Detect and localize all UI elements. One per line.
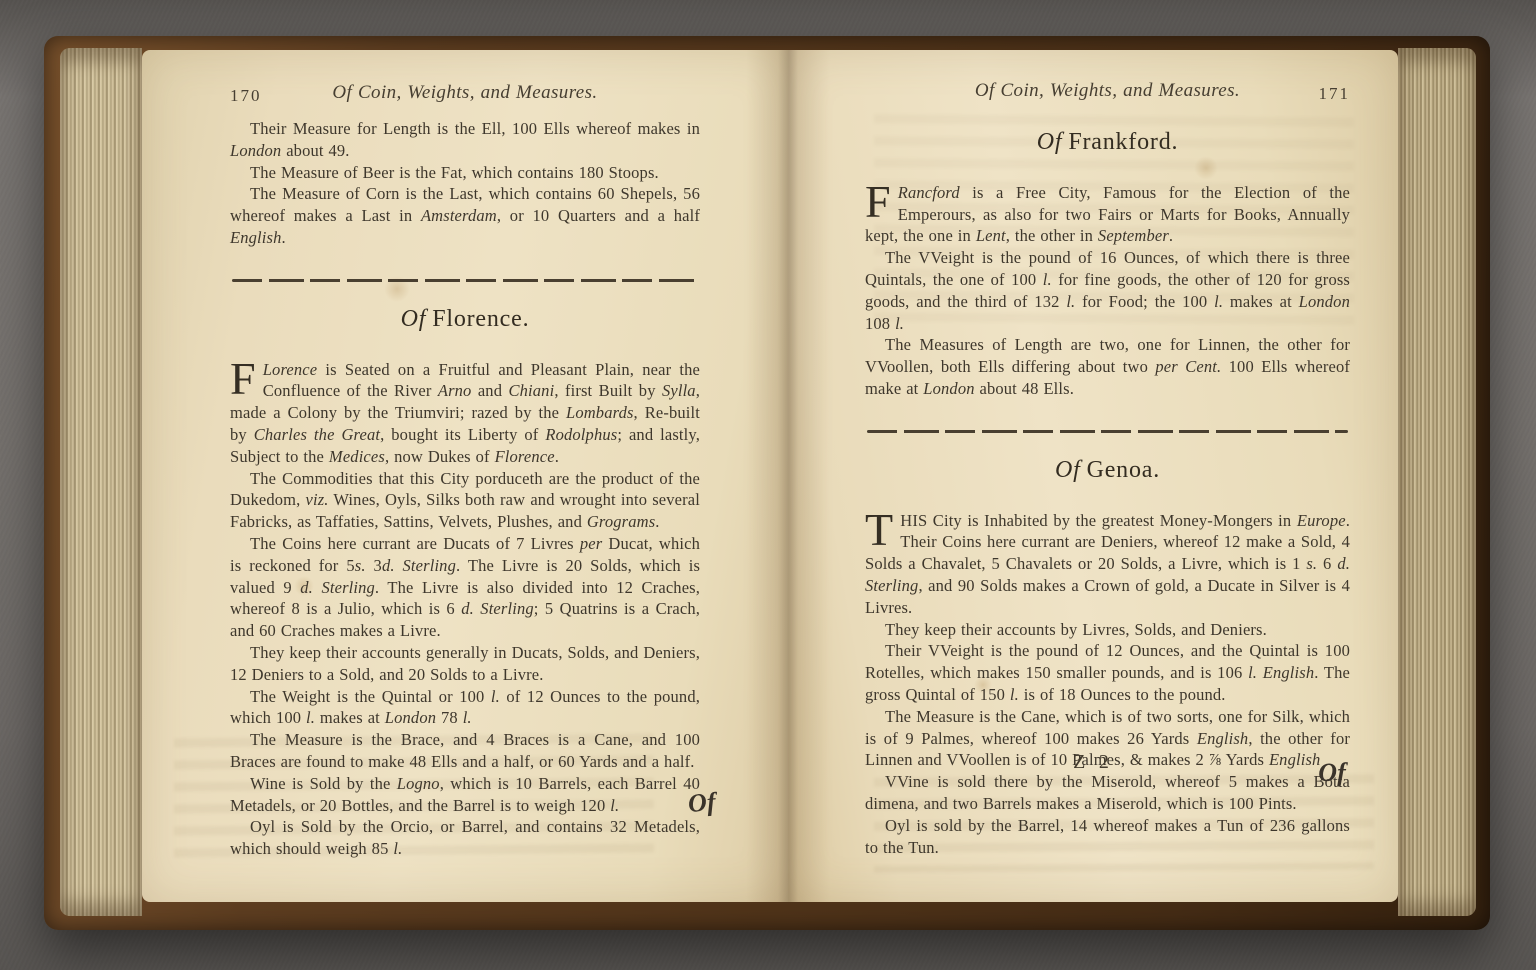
paragraph: Their VVeight is the pound of 12 Ounces,… xyxy=(865,640,1350,705)
catchword: Of xyxy=(1318,762,1346,784)
right-page-text: OfFrankford.FRancford is a Free City, Fa… xyxy=(865,132,1350,858)
right-page-content: Of Coin, Weights, and Measures. 171 OfFr… xyxy=(788,50,1398,902)
right-page-header: Of Coin, Weights, and Measures. 171 xyxy=(865,80,1350,110)
page-edges-right xyxy=(1398,48,1476,916)
section-heading: OfFrankford. xyxy=(865,132,1350,154)
paragraph: The Measure is the Brace, and 4 Braces i… xyxy=(230,729,700,773)
left-page-header: 170 Of Coin, Weights, and Measures. xyxy=(230,82,700,112)
open-book: 170 Of Coin, Weights, and Measures. Thei… xyxy=(44,36,1490,930)
dropcap: T xyxy=(865,510,900,548)
paragraph: Wine is Sold by the Logno, which is 10 B… xyxy=(230,773,700,817)
section-heading: OfGenoa. xyxy=(865,460,1350,482)
left-page-content: 170 Of Coin, Weights, and Measures. Thei… xyxy=(142,50,788,902)
signature-mark: Z 2 xyxy=(788,752,1398,774)
section-heading: OfFlorence. xyxy=(230,309,700,331)
running-head: Of Coin, Weights, and Measures. xyxy=(865,80,1350,102)
paragraph: The Weight is the Quintal or 100 l. of 1… xyxy=(230,686,700,730)
dropcap: F xyxy=(230,359,263,397)
catchword: Of xyxy=(688,791,717,815)
running-head: Of Coin, Weights, and Measures. xyxy=(230,82,700,104)
paragraph: Their Measure for Length is the Ell, 100… xyxy=(230,118,700,162)
paragraph: They keep their accounts generally in Du… xyxy=(230,642,700,686)
paragraph: VVine is sold there by the Miserold, whe… xyxy=(865,771,1350,815)
paragraph: The Measure of Corn is the Last, which c… xyxy=(230,183,700,248)
page-number: 171 xyxy=(1319,83,1351,105)
paragraph: The Measure of Beer is the Fat, which co… xyxy=(230,162,700,184)
page-edges-left xyxy=(60,48,142,916)
paragraph: FRancford is a Free City, Famous for the… xyxy=(865,182,1350,247)
paragraph: The Commodities that this City porduceth… xyxy=(230,468,700,533)
paragraph: THIS City is Inhabited by the greatest M… xyxy=(865,510,1350,619)
page-number: 170 xyxy=(230,85,262,107)
paragraph: Oyl is Sold by the Orcio, or Barrel, and… xyxy=(230,816,700,860)
paragraph: The VVeight is the pound of 16 Ounces, o… xyxy=(865,247,1350,334)
paragraph: The Coins here currant are Ducats of 7 L… xyxy=(230,533,700,642)
dropcap: F xyxy=(865,182,898,220)
paragraph: FLorence is Seated on a Fruitful and Ple… xyxy=(230,359,700,468)
section-rule xyxy=(232,279,698,282)
section-rule xyxy=(867,430,1348,433)
paragraph: The Measures of Length are two, one for … xyxy=(865,334,1350,399)
paragraph: Oyl is sold by the Barrel, 14 whereof ma… xyxy=(865,815,1350,859)
left-page-text: Their Measure for Length is the Ell, 100… xyxy=(230,118,700,860)
paragraph: They keep their accounts by Livres, Sold… xyxy=(865,619,1350,641)
